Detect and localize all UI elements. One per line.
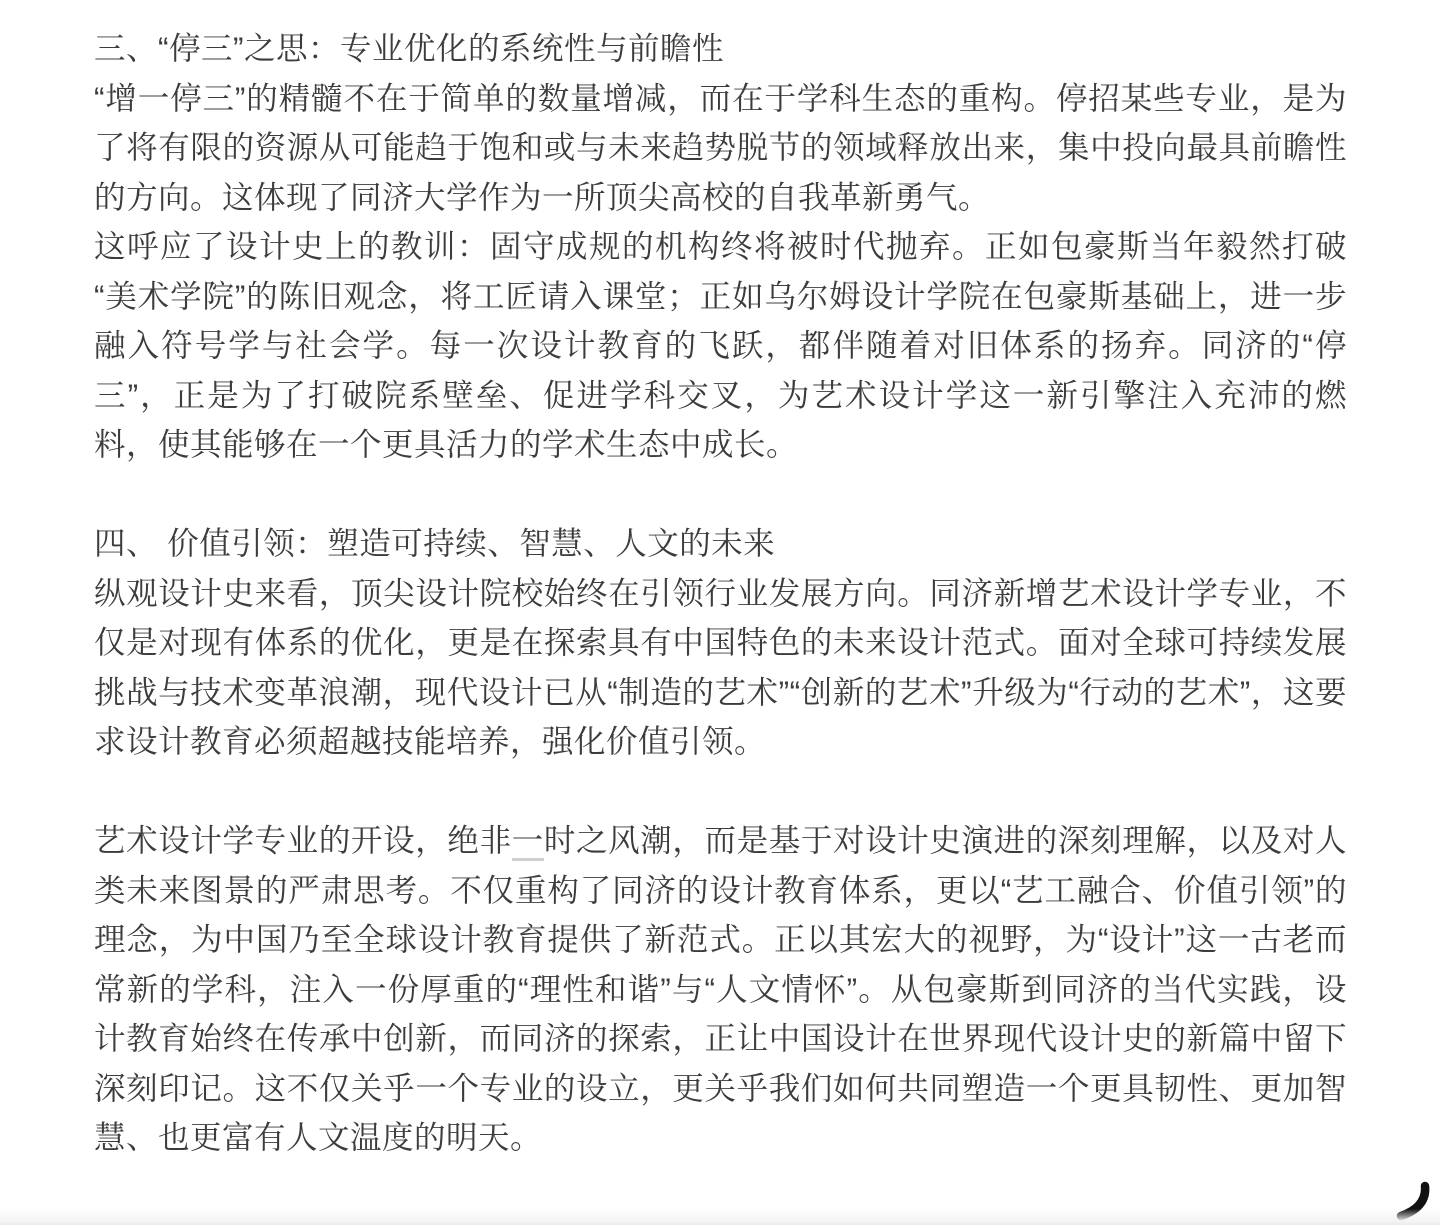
- closing-paragraph: 艺术设计学专业的开设，绝非一时之风潮，而是基于对设计史演进的深刻理解，以及对人类…: [94, 816, 1347, 1163]
- paragraph-design-history-lesson: 这呼应了设计史上的教训：固守成规的机构终将被时代抛弃。正如包豪斯当年毅然打破“美…: [94, 222, 1347, 470]
- section-value-leading-heading: 四、 价值引领：塑造可持续、智慧、人文的未来: [94, 519, 1347, 569]
- underlined-character: 一: [512, 822, 544, 861]
- closing-text-after: 时之风潮，而是基于对设计史演进的深刻理解，以及对人类未来图景的严肃思考。不仅重构…: [94, 822, 1347, 1155]
- document-page: 三、“停三”之思：专业优化的系统性与前瞻性 “增一停三”的精髓不在于简单的数量增…: [0, 0, 1440, 1225]
- section-ting-san: 三、“停三”之思：专业优化的系统性与前瞻性 “增一停三”的精髓不在于简单的数量增…: [94, 24, 1347, 470]
- section-value-leading: 四、 价值引领：塑造可持续、智慧、人文的未来 纵观设计史来看，顶尖设计院校始终在…: [94, 519, 1347, 767]
- section-ting-san-heading: 三、“停三”之思：专业优化的系统性与前瞻性: [94, 24, 1347, 74]
- paragraph-future-paradigm: 纵观设计史来看，顶尖设计院校始终在引领行业发展方向。同济新增艺术设计学专业，不仅…: [94, 569, 1347, 767]
- closing-section: 艺术设计学专业的开设，绝非一时之风潮，而是基于对设计史演进的深刻理解，以及对人类…: [94, 816, 1347, 1163]
- paragraph-optimization: “增一停三”的精髓不在于简单的数量增减，而在于学科生态的重构。停招某些专业，是为…: [94, 74, 1347, 223]
- bottom-edge-shadow: [0, 1209, 1440, 1225]
- article-text: 三、“停三”之思：专业优化的系统性与前瞻性 “增一停三”的精髓不在于简单的数量增…: [94, 24, 1347, 1163]
- closing-text-before: 艺术设计学专业的开设，绝非: [94, 822, 512, 858]
